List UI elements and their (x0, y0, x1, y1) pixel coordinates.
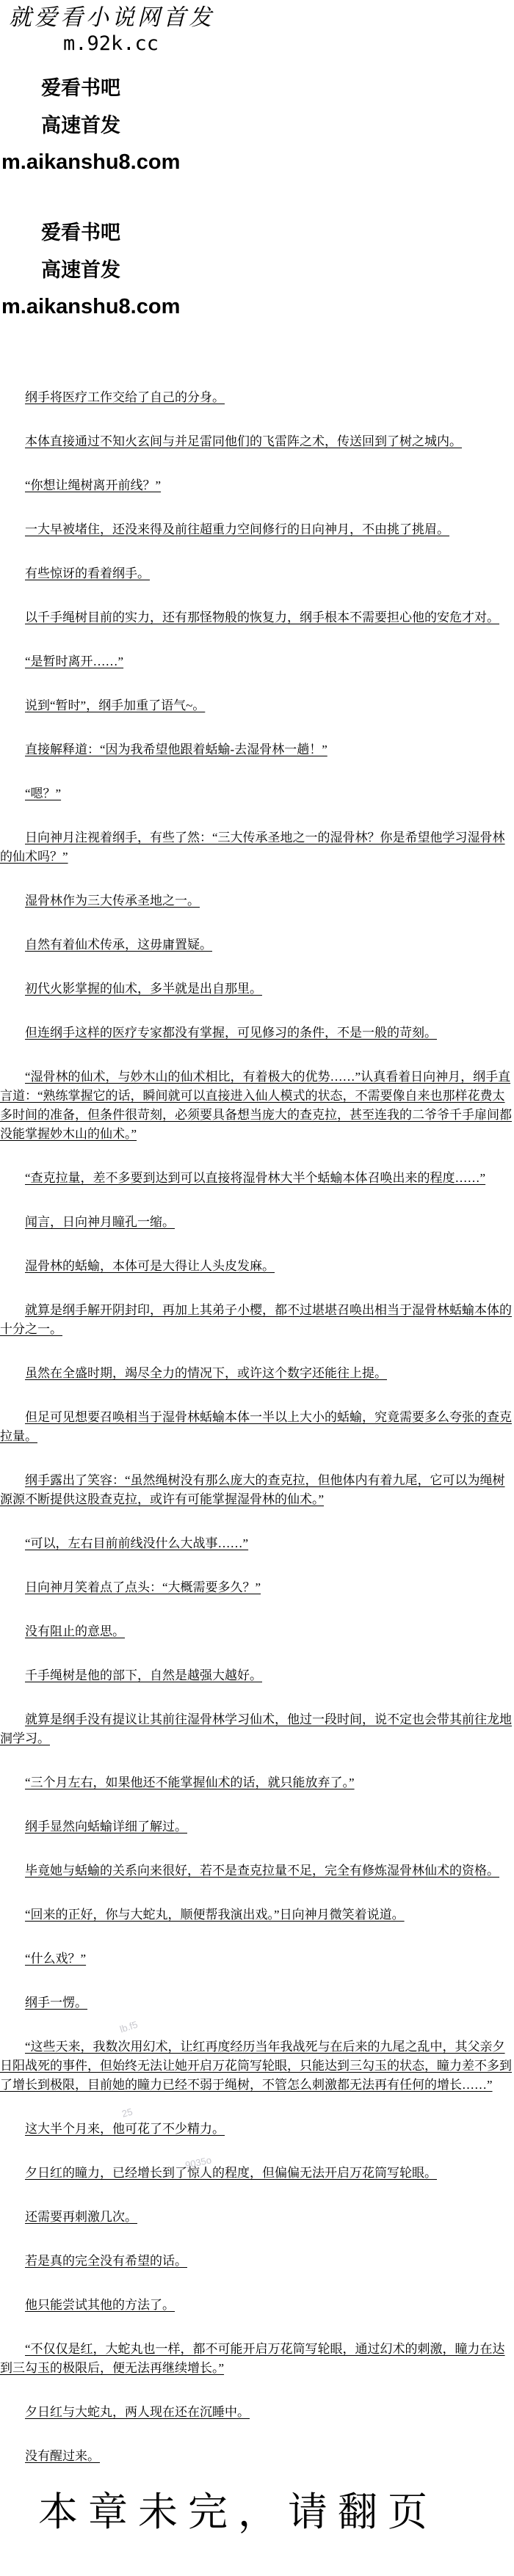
novel-paragraph: 但足可见想要召唤相当于湿骨林蛞蝓本体一半以上大小的蛞蝓，究竟需要多么夸张的查克拉… (0, 1408, 514, 1446)
novel-paragraph: 他只能尝试其他的方法了。 (0, 2296, 514, 2315)
novel-paragraph: 日向神月注视着纲手，有些了然：“三大传承圣地之一的湿骨林？你是希望他学习湿骨林的… (0, 828, 514, 866)
novel-paragraph: “可以，左右目前前线没什么大战事……” (0, 1534, 514, 1553)
novel-paragraph: 有些惊讶的看着纲手。 (0, 564, 514, 583)
novel-paragraph: 湿骨林作为三大传承圣地之一。 (0, 891, 514, 911)
novel-paragraph: “不仅仅是红，大蛇丸也一样，都不可能开启万花筒写轮眼，通过幻术的刺激，瞳力在达到… (0, 2340, 514, 2378)
novel-paragraph: 就算是纲手解开阴封印，再加上其弟子小樱，都不过堪堪召唤出相当于湿骨林蛞蝓本体的十… (0, 1301, 514, 1339)
novel-paragraph: 夕日红的瞳力，已经增长到了惊人的程度，但偏偏无法开启万花筒写轮眼。 (0, 2164, 514, 2183)
promo-block: 爱看书吧 高速首发 m.aikanshu8.com (0, 223, 514, 318)
novel-paragraph: “是暂时离开……” (0, 652, 514, 671)
novel-paragraph: 纲手一愣。 (0, 1993, 514, 2013)
novel-paragraph: “什么戏？” (0, 1949, 514, 1969)
novel-paragraph: 自然有着仙术传承，这毋庸置疑。 (0, 935, 514, 955)
novel-paragraph: 夕日红与大蛇丸，两人现在还在沉睡中。 (0, 2403, 514, 2422)
novel-paragraph: 纲手显然向蛞蝓详细了解过。 (0, 1817, 514, 1836)
novel-paragraph: 若是真的完全没有希望的话。 (0, 2252, 514, 2271)
novel-paragraph: “这些天来，我数次用幻术，让红再度经历当年我战死与在后来的九尾之乱中，其父亲夕日… (0, 2037, 514, 2095)
promo-subtitle: 高速首发 (41, 260, 514, 280)
promo-block: 爱看书吧 高速首发 m.aikanshu8.com (0, 79, 514, 173)
novel-paragraph: 千手绳树是他的部下，自然是越强大越好。 (0, 1666, 514, 1685)
novel-paragraph: 直接解释道：“因为我希望他跟着蛞蝓-去湿骨林一趟！” (0, 740, 514, 759)
promo-subtitle: 高速首发 (41, 116, 514, 136)
novel-paragraph: 纲手将医疗工作交给了自己的分身。 (0, 388, 514, 407)
novel-paragraph: 闻言，日向神月瞳孔一缩。 (0, 1213, 514, 1232)
site-brand-url[interactable]: m.92k.cc (63, 33, 514, 55)
promo-url[interactable]: m.aikanshu8.com (1, 152, 514, 173)
novel-paragraph: 日向神月笑着点了点头：“大概需要多久？” (0, 1578, 514, 1597)
novel-paragraph: 但连纲手这样的医疗专家都没有掌握，可见修习的条件，不是一般的苛刻。 (0, 1024, 514, 1043)
novel-reader-page: { "page": { "background": "#ffffff", "te… (0, 0, 514, 2576)
novel-paragraph: “你想让绳树离开前线？” (0, 476, 514, 495)
page-turn-notice[interactable]: 本章未完，请翻页 (38, 2491, 514, 2534)
novel-paragraph: 一大早被堵住，还没来得及前往超重力空间修行的日向神月，不由挑了挑眉。 (0, 520, 514, 539)
novel-paragraph: “查克拉量，差不多要到达到可以直接将湿骨林大半个蛞蝓本体召唤出来的程度……” (0, 1169, 514, 1188)
promo-title: 爱看书吧 (41, 223, 514, 243)
promo-url[interactable]: m.aikanshu8.com (1, 296, 514, 318)
novel-paragraph: 以千手绳树目前的实力，还有那怪物般的恢复力，纲手根本不需要担心他的安危才对。 (0, 608, 514, 627)
novel-paragraph: 虽然在全盛时期，竭尽全力的情况下，或许这个数字还能往上提。 (0, 1364, 514, 1383)
novel-paragraph: 就算是纲手没有提议让其前往湿骨林学习仙术，他过一段时间，说不定也会带其前往龙地洞… (0, 1710, 514, 1748)
novel-paragraph: 还需要再刺激几次。 (0, 2208, 514, 2227)
novel-paragraph: 没有醒过来。 (0, 2447, 514, 2466)
novel-paragraph: “回来的正好，你与大蛇丸，顺便帮我演出戏。”日向神月微笑着说道。 (0, 1905, 514, 1924)
novel-paragraph: “湿骨林的仙术，与妙木山的仙术相比，有着极大的优势……”认真看着日向神月，纲手直… (0, 1068, 514, 1144)
novel-paragraph: 没有阻止的意思。 (0, 1622, 514, 1641)
promo-title: 爱看书吧 (41, 79, 514, 98)
novel-paragraph: “三个月左右，如果他还不能掌握仙术的话，就只能放弃了。” (0, 1773, 514, 1792)
novel-paragraph: 毕竟她与蛞蝓的关系向来很好，若不是查克拉量不足，完全有修炼湿骨林仙术的资格。 (0, 1861, 514, 1880)
novel-paragraph: “嗯？” (0, 784, 514, 803)
novel-paragraph: 初代火影掌握的仙术，多半就是出自那里。 (0, 979, 514, 999)
site-brand: 就爱看小说网首发 (9, 4, 514, 32)
novel-paragraph: 说到“暂时”，纲手加重了语气~。 (0, 696, 514, 715)
novel-body: 纲手将医疗工作交给了自己的分身。本体直接通过不知火玄间与并足雷同他们的飞雷阵之术… (0, 388, 514, 2466)
novel-paragraph: 本体直接通过不知火玄间与并足雷同他们的飞雷阵之术，传送回到了树之城内。 (0, 432, 514, 451)
novel-paragraph: 这大半个月来，他可花了不少精力。 (0, 2120, 514, 2139)
novel-paragraph: 纲手露出了笑容：“虽然绳树没有那么庞大的查克拉，但他体内有着九尾，它可以为绳树源… (0, 1471, 514, 1509)
novel-paragraph: 湿骨林的蛞蝓，本体可是大得让人头皮发麻。 (0, 1257, 514, 1276)
